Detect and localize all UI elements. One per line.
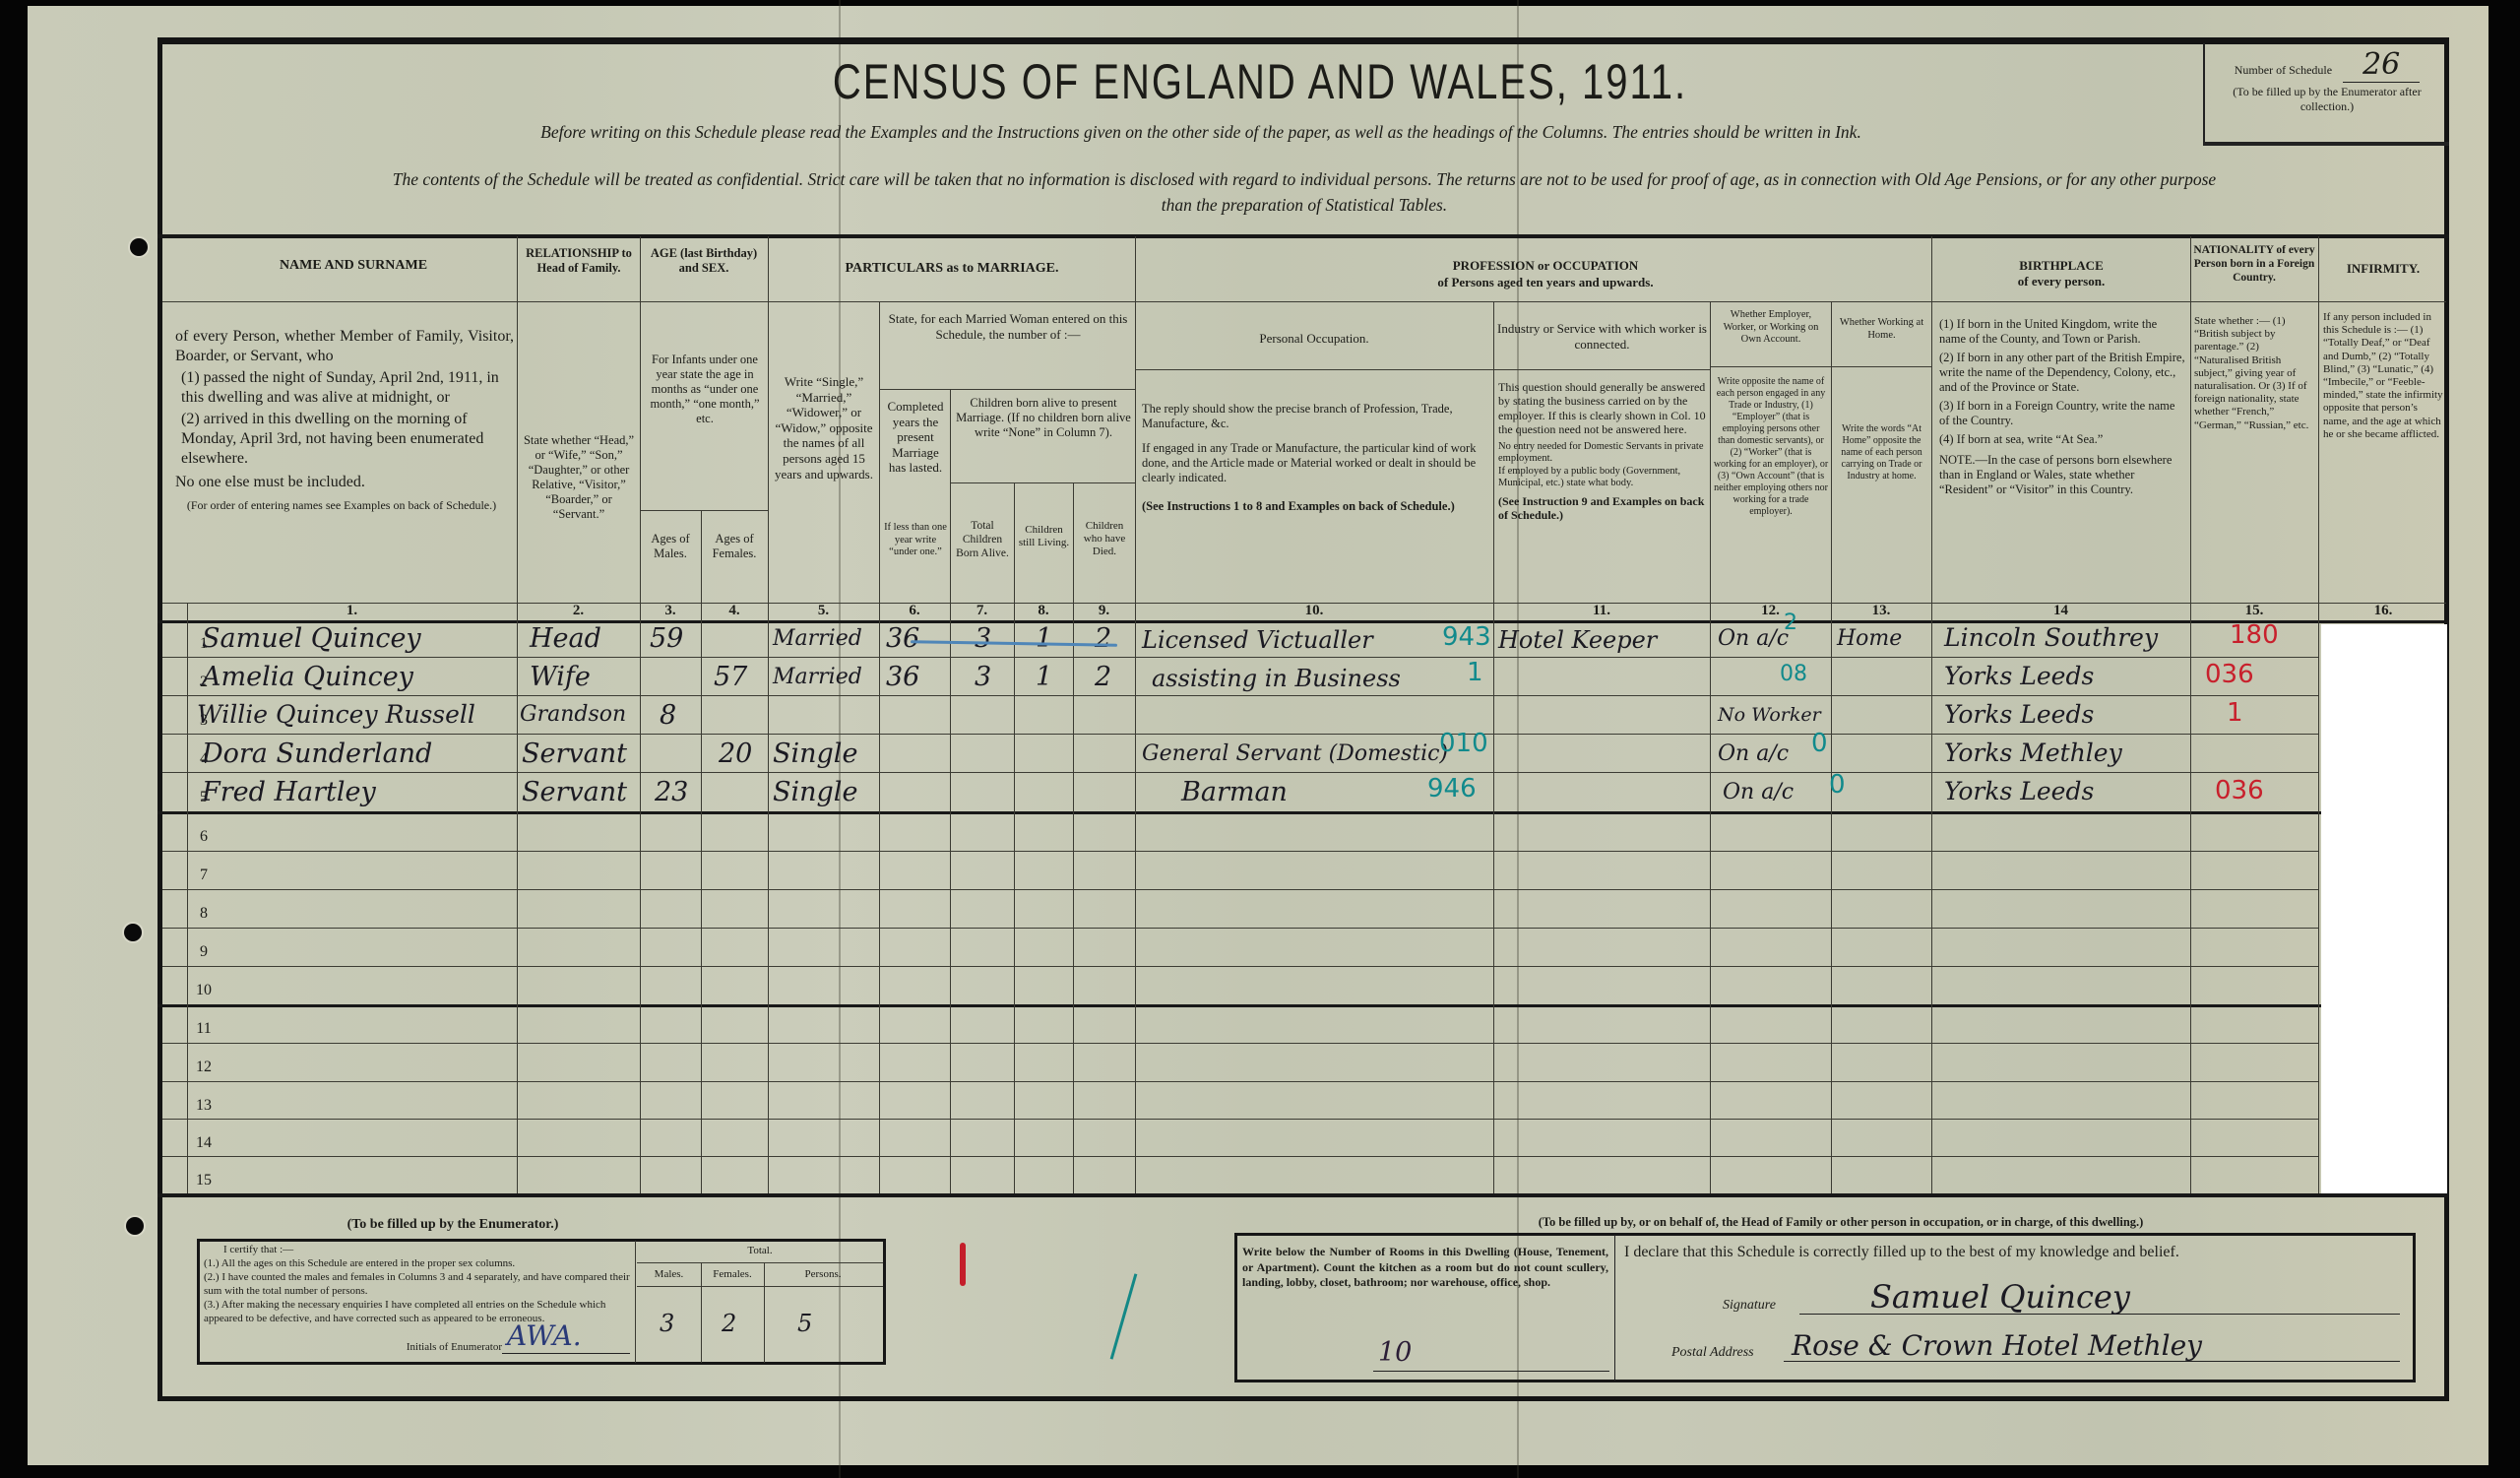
row5-occupation-code: 946: [1427, 774, 1477, 803]
row-number: 14: [187, 1134, 220, 1152]
col1-desc-exclusive: No one else must be included.: [169, 473, 514, 492]
col14-title: BIRTHPLACE: [1933, 258, 2189, 274]
row2-occupation[interactable]: assisting in Business: [1152, 665, 1401, 692]
row2-relationship[interactable]: Wife: [530, 662, 591, 692]
col11-number: 11.: [1493, 603, 1710, 619]
col7-description: Total Children Born Alive.: [952, 520, 1013, 560]
row4-occupation[interactable]: General Servant (Domestic): [1142, 741, 1448, 766]
row4-occupation-code: 010: [1439, 729, 1488, 758]
row-number: 11: [187, 1020, 220, 1038]
col4-title: Ages of Females.: [703, 532, 766, 561]
row1-marriage[interactable]: Married: [773, 626, 862, 651]
col-line: [1493, 301, 1494, 1193]
row2-birthplace[interactable]: Yorks Leeds: [1944, 662, 2094, 690]
total-label: Total.: [637, 1245, 883, 1257]
col15-number: 15.: [2190, 603, 2318, 619]
col11-title: Industry or Service with which worker is…: [1496, 321, 1708, 352]
row10-rule: [157, 1004, 2449, 1007]
row5-marriage[interactable]: Single: [773, 777, 857, 807]
col-line: [1710, 301, 1711, 1193]
col15-description: State whether :— (1) “British subject by…: [2194, 315, 2316, 432]
col15-title: NATIONALITY of every Person born in a Fo…: [2192, 244, 2316, 285]
col13-number: 13.: [1831, 603, 1931, 619]
certificate-text: I certify that :— (1.) All the ages on t…: [204, 1243, 632, 1325]
row-number: 9: [187, 943, 220, 961]
col1-description: of every Person, whether Member of Famil…: [169, 327, 514, 513]
col-line: [640, 236, 641, 1193]
row1-birthplace[interactable]: Lincoln Southrey: [1944, 623, 2158, 652]
profession-subtitle: of Persons aged ten years and upwards.: [1280, 275, 1811, 290]
row2-occupation-code: 1: [1467, 658, 1483, 687]
row3-employer-status[interactable]: No Worker: [1718, 704, 1821, 726]
row1-children-died[interactable]: 2: [1095, 623, 1111, 654]
signature[interactable]: Samuel Quincey: [1870, 1278, 2130, 1316]
row1-children-living[interactable]: 1: [1036, 623, 1052, 654]
col-line: [2318, 236, 2319, 1193]
col10-desc-see: (See Instructions 1 to 8 and Examples on…: [1142, 499, 1488, 514]
row1-industry[interactable]: Hotel Keeper: [1498, 626, 1657, 654]
row5-birthplace-code: 036: [2215, 776, 2264, 805]
col6-note: If less than one year write “under one.”: [882, 522, 949, 559]
col11-desc-see: (See Instruction 9 and Examples on back …: [1498, 494, 1707, 523]
col12-number: 12.: [1710, 603, 1831, 619]
row2-children-living[interactable]: 1: [1036, 662, 1052, 692]
total-males[interactable]: 3: [660, 1310, 674, 1337]
enumerator-initials[interactable]: AWA.: [507, 1319, 582, 1352]
col14-description: (1) If born in the United Kingdom, write…: [1939, 317, 2185, 497]
rooms-instruction: Write below the Number of Rooms in this …: [1242, 1245, 1608, 1291]
row2-age-female[interactable]: 57: [714, 662, 747, 692]
schedule-number-label: Number of Schedule: [2235, 63, 2332, 78]
initials-label: Initials of Enumerator: [335, 1341, 502, 1354]
row-number: 12: [187, 1059, 220, 1076]
col14-subtitle: of every person.: [1933, 274, 2189, 289]
total-sub-rule: [637, 1262, 883, 1263]
col14-desc-foreign: (3) If born in a Foreign Country, write …: [1939, 399, 2185, 428]
row-rule: [162, 695, 2318, 696]
col1-desc-rule1: (1) passed the night of Sunday, April 2n…: [169, 368, 514, 408]
row1-children-total[interactable]: 3: [975, 623, 991, 654]
header-sub-rule: [162, 301, 2446, 302]
row5-occupation[interactable]: Barman: [1181, 777, 1288, 807]
row5-rule: [157, 811, 2449, 814]
children-note: Children born alive to present Marriage.…: [953, 396, 1134, 440]
total-persons[interactable]: 5: [797, 1310, 812, 1337]
col2-number: 2.: [517, 603, 640, 619]
col2-title: RELATIONSHIP to Head of Family.: [519, 246, 639, 276]
certify-item-1: (1.) All the ages on this Schedule are e…: [204, 1256, 632, 1270]
rooms-count[interactable]: 10: [1378, 1337, 1412, 1368]
row3-relationship[interactable]: Grandson: [520, 702, 626, 727]
row1-employer-code: 2: [1784, 610, 1797, 635]
punch-hole: [130, 238, 148, 256]
col11-description: This question should generally be answer…: [1498, 380, 1707, 523]
col12-title: Whether Employer, Worker, or Working on …: [1713, 309, 1829, 347]
col8-number: 8.: [1014, 603, 1073, 619]
row4-employer-code: 0: [1811, 729, 1828, 758]
row5-employer-code: 0: [1829, 770, 1846, 800]
confidentiality-notice-cont: than the preparation of Statistical Tabl…: [167, 195, 2441, 216]
col1-title: NAME AND SURNAME: [192, 258, 515, 275]
row3-age-male[interactable]: 8: [660, 700, 676, 731]
row-rule: [162, 851, 2318, 852]
declaration-text: I declare that this Schedule is correctl…: [1624, 1243, 2402, 1261]
punch-hole: [126, 1217, 144, 1235]
col12-description: Write opposite the name of each person e…: [1713, 376, 1829, 518]
row2-name[interactable]: Amelia Quincey: [202, 662, 413, 692]
col3-title: Ages of Males.: [642, 532, 699, 561]
row-rule: [162, 889, 2318, 890]
col14-number: 14: [1931, 603, 2190, 619]
col3-number: 3.: [640, 603, 701, 619]
row2-birthplace-code: 036: [2205, 660, 2254, 689]
row2-children-died[interactable]: 2: [1095, 662, 1111, 692]
col-line: [1135, 236, 1136, 1193]
row-number: 8: [187, 905, 220, 923]
row1-occupation-code: 943: [1442, 622, 1491, 652]
col-line: [517, 236, 518, 1193]
row1-age-male[interactable]: 59: [650, 623, 683, 654]
row5-birthplace[interactable]: Yorks Leeds: [1944, 777, 2094, 805]
col10-desc-trade: If engaged in any Trade or Manufacture, …: [1142, 441, 1488, 485]
row-rule: [162, 928, 2318, 929]
col-line: [1073, 482, 1074, 1193]
col11-desc-main: This question should generally be answer…: [1498, 380, 1707, 437]
col1-desc-rule2: (2) arrived in this dwelling on the morn…: [169, 410, 514, 469]
red-ink-mark: [960, 1243, 966, 1286]
row4-marriage[interactable]: Single: [773, 739, 857, 769]
punch-hole: [124, 924, 142, 941]
col14-desc-uk: (1) If born in the United Kingdom, write…: [1939, 317, 2185, 347]
col9-number: 9.: [1073, 603, 1135, 619]
initials-underline: [502, 1353, 630, 1354]
intro-instruction: Before writing on this Schedule please r…: [197, 122, 2205, 143]
males-label: Males.: [637, 1268, 701, 1281]
col-line: [2190, 236, 2191, 1193]
row-number: 13: [187, 1097, 220, 1115]
col6-description: Completed years the present Marriage has…: [882, 399, 949, 476]
col14-note: NOTE.—In the case of persons born elsewh…: [1939, 453, 2185, 497]
col5-description: Write “Single,” “Married,” “Widower,” or…: [772, 374, 876, 482]
col2-description: State whether “Head,” or “Wife,” “Son,” …: [522, 433, 636, 522]
col13-description: Write the words “At Home” opposite the n…: [1834, 423, 1929, 482]
col9-description: Children who have Died.: [1075, 520, 1134, 559]
row4-name[interactable]: Dora Sunderland: [202, 739, 432, 769]
head-section-heading: (To be filled up by, or on behalf of, th…: [1260, 1215, 2422, 1230]
col1-number: 1.: [187, 603, 517, 619]
signature-label: Signature: [1723, 1298, 1880, 1315]
row2-children-total[interactable]: 3: [975, 662, 991, 692]
certify-item-2: (2.) I have counted the males and female…: [204, 1270, 632, 1298]
row1-years-married[interactable]: 36: [886, 623, 919, 654]
rooms-underline: [1373, 1371, 1609, 1372]
col16-title: INFIRMITY.: [2320, 261, 2446, 277]
total-header-rule: [637, 1286, 883, 1287]
confidentiality-notice: The contents of the Schedule will be tre…: [167, 169, 2441, 190]
row-rule: [162, 1119, 2318, 1120]
col-line: [1014, 482, 1015, 1193]
row-number: 15: [187, 1172, 220, 1189]
row4-age-female[interactable]: 20: [719, 739, 752, 769]
row-number: 6: [187, 828, 220, 846]
col-line: [879, 301, 880, 1193]
row1-name[interactable]: Samuel Quincey: [202, 623, 421, 654]
header-top-rule: [157, 234, 2449, 238]
col7-number: 7.: [950, 603, 1014, 619]
schedule-number-box: Number of Schedule 26 (To be filled up b…: [2203, 43, 2449, 146]
row-number: 7: [187, 867, 220, 884]
col6-number: 6.: [879, 603, 950, 619]
col11-desc-domestic: No entry needed for Domestic Servants in…: [1498, 441, 1707, 466]
row4-employer-status[interactable]: On a/c: [1718, 741, 1789, 766]
col-line: [768, 236, 769, 1193]
row5-name[interactable]: Fred Hartley: [202, 777, 376, 807]
row1-birthplace-code: 180: [2230, 620, 2279, 650]
col16-number: 16.: [2318, 603, 2448, 619]
row3-name[interactable]: Willie Quincey Russell: [197, 700, 475, 729]
row4-relationship[interactable]: Servant: [522, 739, 627, 769]
row5-age-male[interactable]: 23: [655, 777, 688, 807]
col8-description: Children still Living.: [1016, 524, 1072, 549]
col10-number: 10.: [1135, 603, 1493, 619]
row3-birthplace-code: 1: [2227, 698, 2243, 728]
rooms-divider: [1614, 1235, 1615, 1381]
females-label: Females.: [701, 1268, 764, 1281]
row-number: 10: [187, 982, 220, 999]
marriage-sub-rule: [879, 389, 1135, 390]
col14-desc-sea: (4) If born at sea, write “At Sea.”: [1939, 432, 2185, 447]
row-rule: [162, 1043, 2318, 1044]
certify-intro: I certify that :—: [204, 1243, 632, 1256]
age-sub-rule: [640, 510, 768, 511]
col16-description: If any person included in this Schedule …: [2323, 311, 2445, 441]
row-rule: [162, 1081, 2318, 1082]
row2-years-married[interactable]: 36: [886, 662, 919, 692]
schedule-number-note: (To be filled up by the Enumerator after…: [2215, 85, 2439, 114]
col11-desc-public: If employed by a public body (Government…: [1498, 466, 1707, 490]
col10-desc-branch: The reply should show the precise branch…: [1142, 402, 1488, 431]
row1-working-home[interactable]: Home: [1837, 626, 1902, 651]
row2-marriage[interactable]: Married: [773, 665, 862, 689]
col5-number: 5.: [768, 603, 879, 619]
col13-title: Whether Working at Home.: [1834, 317, 1929, 342]
children-sub-rule: [950, 482, 1135, 483]
col4-number: 4.: [701, 603, 768, 619]
married-woman-note: State, for each Married Woman entered on…: [883, 311, 1133, 342]
persons-label: Persons.: [764, 1268, 882, 1281]
postal-address[interactable]: Rose & Crown Hotel Methley: [1792, 1329, 2202, 1362]
row-rule: [162, 772, 2318, 773]
row1-relationship[interactable]: Head: [530, 623, 601, 654]
row-rule: [162, 657, 2318, 658]
row-rule: [162, 966, 2318, 967]
occupation-sub-rule: [1135, 369, 1710, 370]
total-females[interactable]: 2: [722, 1310, 736, 1337]
enumerator-heading: (To be filled up by the Enumerator.): [197, 1217, 709, 1234]
employer-sub-rule: [1710, 366, 1931, 367]
col-line: [1831, 301, 1832, 1193]
col1-desc-who: of every Person, whether Member of Famil…: [169, 327, 514, 366]
col-line: [950, 389, 951, 1193]
row-rule: [162, 734, 2318, 735]
row5-relationship[interactable]: Servant: [522, 777, 627, 807]
col1-desc-order: (For order of entering names see Example…: [169, 498, 514, 513]
col-line: [1931, 236, 1932, 1193]
redacted-infirmity-area: [2321, 624, 2447, 1193]
row-rule: [162, 1156, 2318, 1157]
profession-title: PROFESSION or OCCUPATION: [1280, 258, 1811, 274]
totals-divider: [635, 1241, 636, 1363]
col10-title: Personal Occupation.: [1139, 331, 1489, 347]
schedule-number-value[interactable]: 26: [2343, 47, 2420, 83]
row1-employer-status[interactable]: On a/c: [1718, 626, 1789, 651]
row3-birthplace[interactable]: Yorks Leeds: [1944, 700, 2094, 729]
document-title: CENSUS OF ENGLAND AND WALES, 1911.: [0, 55, 2520, 110]
age-infants-note: For Infants under one year state the age…: [646, 353, 764, 426]
row5-employer-status[interactable]: On a/c: [1723, 780, 1794, 804]
row1-occupation[interactable]: Licensed Victualler: [1142, 626, 1373, 654]
col14-desc-empire: (2) If born in any other part of the Bri…: [1939, 351, 2185, 395]
row4-birthplace[interactable]: Yorks Methley: [1944, 739, 2122, 767]
table-bottom-rule: [157, 1193, 2449, 1197]
row2-employer-code: 08: [1780, 662, 1807, 686]
marriage-title: PARTICULARS as to MARRIAGE.: [770, 261, 1134, 278]
col10-description: The reply should show the precise branch…: [1142, 402, 1488, 514]
age-sex-title: AGE (last Birthday) and SEX.: [642, 246, 766, 276]
